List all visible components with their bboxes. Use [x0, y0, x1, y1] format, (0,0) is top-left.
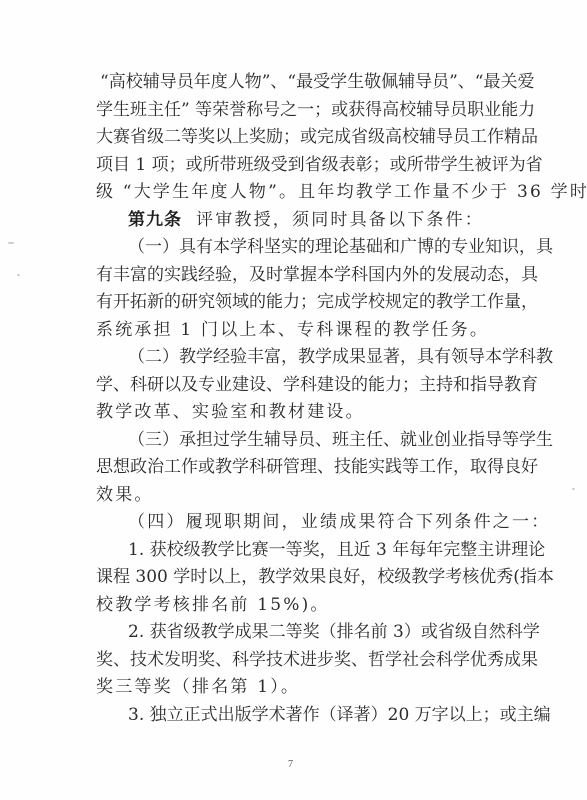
article-heading-text: 评审教授，须同时具备以下条件：	[196, 210, 484, 230]
text-line: 学生班主任” 等荣誉称号之一；或获得高校辅导员职业能力	[96, 97, 502, 125]
text-line: 大赛省级二等奖以上奖励；或完成省级高校辅导员工作精品	[96, 124, 502, 152]
text-line: 3. 独立正式出版学术著作（译著）20 万字以上；或主编	[96, 702, 502, 730]
text-line: 校教学考核排名前 15%)。	[96, 592, 502, 620]
text-line: 奖三等奖（排名第 1）。	[96, 674, 502, 702]
scan-artifact-mark	[17, 274, 20, 276]
document-body: “高校辅导员年度人物”、“最受学生敬佩辅导员”、“最关爱 学生班主任” 等荣誉称…	[96, 69, 502, 729]
text-line: （二）教学经验丰富，教学成果显著，具有领导本学科教	[96, 344, 502, 372]
scan-artifact-mark	[572, 488, 575, 490]
text-line: 效果。	[96, 482, 502, 510]
text-line: 2. 获省级教学成果二等奖（排名前 3）或省级自然科学	[96, 619, 502, 647]
text-line: 奖、技术发明奖、科学技术进步奖、哲学社会科学优秀成果	[96, 647, 502, 675]
text-line: 级 “大学生年度人物”。且年均教学工作量不少于 36 学时。	[96, 179, 502, 207]
text-line: 学、科研以及专业建设、学科建设的能力；主持和指导教育	[96, 372, 502, 400]
article-number: 第九条	[128, 210, 182, 230]
document-page: “高校辅导员年度人物”、“最受学生敬佩辅导员”、“最关爱 学生班主任” 等荣誉称…	[0, 0, 587, 800]
text-line: 有丰富的实践经验，及时掌握本学科国内外的发展动态，具	[96, 262, 502, 290]
text-line: 思想政治工作或教学科研管理、技能实践等工作，取得良好	[96, 454, 502, 482]
text-line: （三）承担过学生辅导员、班主任、就业创业指导等学生	[96, 427, 502, 455]
article-heading-line: 第九条评审教授，须同时具备以下条件：	[96, 207, 502, 235]
text-line: （四）履现职期间，业绩成果符合下列条件之一：	[96, 509, 502, 537]
text-line: “高校辅导员年度人物”、“最受学生敬佩辅导员”、“最关爱	[96, 69, 502, 97]
text-line: 1. 获校级教学比赛一等奖，且近 3 年每年完整主讲理论	[96, 537, 502, 565]
page-number: 7	[288, 759, 293, 770]
text-line: 有开拓新的研究领域的能力；完成学校规定的教学工作量，	[96, 289, 502, 317]
text-line: 教学改革、实验室和教材建设。	[96, 399, 502, 427]
text-line: 项目 1 项；或所带班级受到省级表彰；或所带学生被评为省	[96, 152, 502, 180]
text-line: 课程 300 学时以上，教学效果良好，校级教学考核优秀(指本	[96, 564, 502, 592]
scan-artifact-mark	[8, 242, 14, 244]
text-line: （一）具有本学科坚实的理论基础和广博的专业知识，具	[96, 234, 502, 262]
text-line: 系统承担 1 门以上本、专科课程的教学任务。	[96, 317, 502, 345]
